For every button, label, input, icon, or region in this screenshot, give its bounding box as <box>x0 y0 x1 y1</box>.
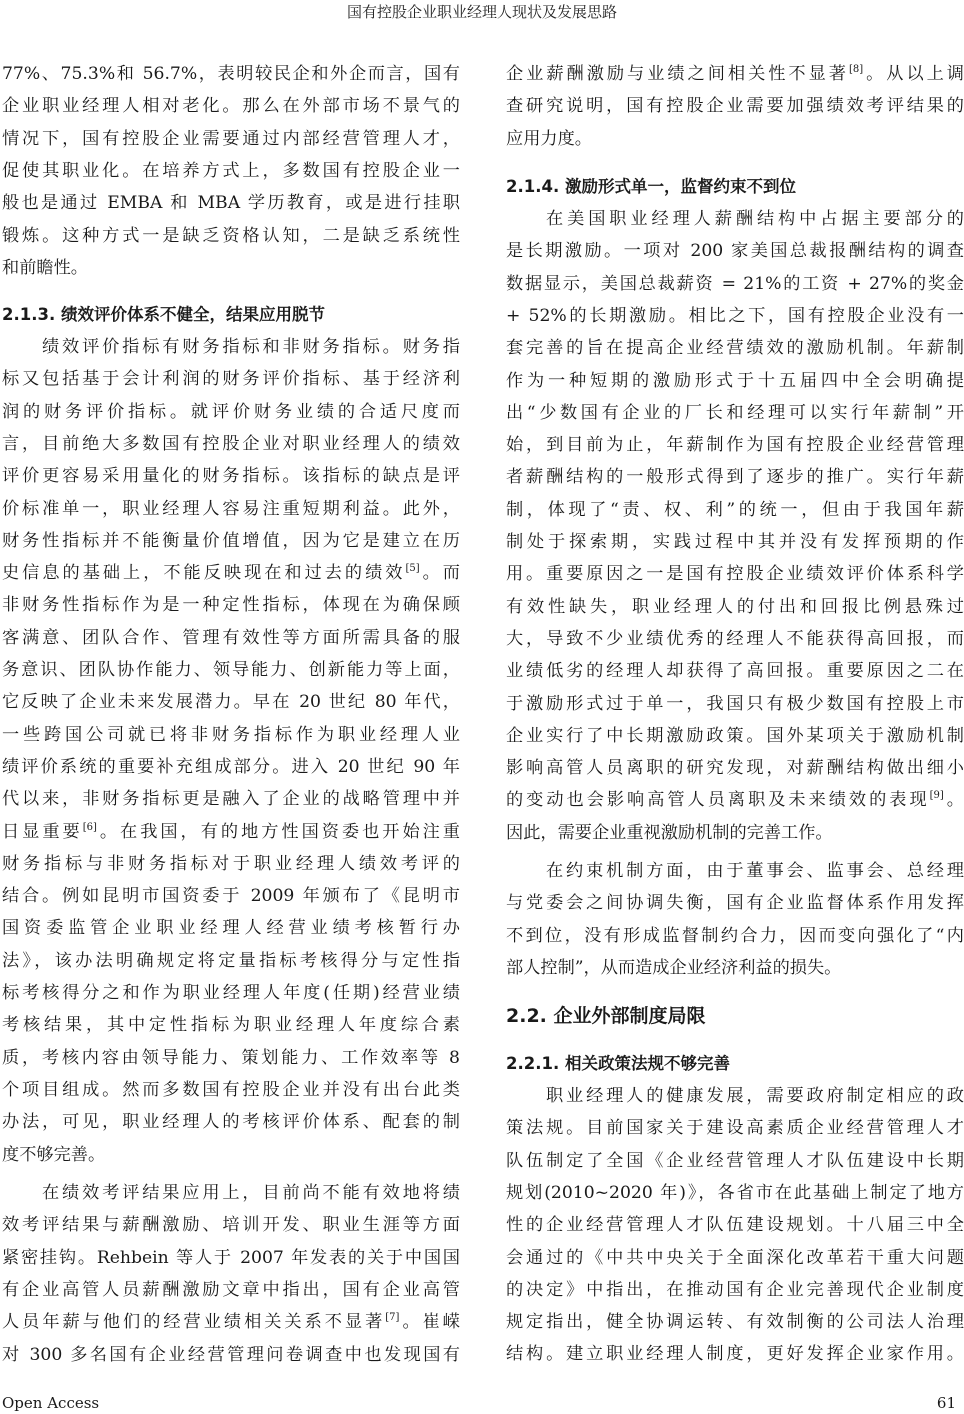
text-line-with-citation: 人员年薪与他们的经营业绩相关关系不显著[7]。崔嵘 <box>2 1306 460 1338</box>
text-line: 不到位，没有形成监督制约合力，因而变向强化了“内 <box>506 920 964 952</box>
text-line: 会通过的《中共中央关于全面深化改革若干重大问题 <box>506 1242 964 1274</box>
text-line-with-citation: 日显重要[6]。在我国，有的地方性国资委也开始注重 <box>2 816 460 848</box>
citation-ref-6[interactable]: [6] <box>83 822 97 833</box>
text-line: 用。重要原因之一是国有控股企业绩效评价体系科学 <box>506 558 964 590</box>
text-line: 制处于探索期，实践过程中其并没有发挥预期的作 <box>506 526 964 558</box>
citation-ref-5[interactable]: [5] <box>405 563 419 574</box>
text-line: 情况下，国有控股企业需要通过内部经营管理人才， <box>2 123 460 155</box>
text-line: 制，体现了“责、权、利”的统一，但由于我国年薪 <box>506 494 964 526</box>
text-line: 者薪酬结构的一般形式得到了逐步的推广。实行年薪 <box>506 461 964 493</box>
footer-journal: Open Access <box>2 1394 99 1412</box>
text-line: 绩评价系统的重要补充组成部分。进入 20 世纪 90 年 <box>2 751 460 783</box>
text-fragment: 人员年薪与他们的经营业绩相关关系不显著 <box>2 1312 385 1332</box>
text-fragment: 。 <box>944 790 964 810</box>
text-line: 效考评结果与薪酬激励、培训开发、职业生涯等方面 <box>2 1209 460 1241</box>
text-line-with-citation: 史信息的基础上，不能反映现在和过去的绩效[5]。而 <box>2 557 460 589</box>
text-line: 客满意、团队合作、管理有效性等方面所需具备的服 <box>2 622 460 654</box>
text-line: 企业实行了中长期激励政策。国外某项关于激励机制 <box>506 720 964 752</box>
citation-ref-7[interactable]: [7] <box>385 1312 399 1323</box>
text-line: 有效性缺失，职业经理人的付出和回报比例悬殊过 <box>506 591 964 623</box>
text-line: 大，导致不少业绩优秀的经理人不能获得高回报，而 <box>506 623 964 655</box>
text-line: 财务性指标并不能衡量价值增值，因为它是建立在历 <box>2 525 460 557</box>
text-line: 结构。建立职业经理人制度，更好发挥企业家作用。 <box>506 1338 964 1370</box>
text-line: 与党委会之间协调失衡，国有企业监督体系作用发挥 <box>506 887 964 919</box>
text-line: 部人控制”，从而造成企业经济利益的损失。 <box>506 952 964 984</box>
text-line: 企业职业经理人相对老化。那么在外部市场不景气的 <box>2 90 460 122</box>
text-line: 套完善的旨在提高企业经营绩效的激励机制。年薪制 <box>506 332 964 364</box>
text-line: 规划(2010~2020 年)》，各省市在此基础上制定了地方 <box>506 1177 964 1209</box>
text-line: 标又包括基于会计利润的财务评价指标、基于经济利 <box>2 363 460 395</box>
text-line: 应用力度。 <box>506 123 964 155</box>
text-line: 查研究说明，国有控股企业需要加强绩效考评结果的 <box>506 90 964 122</box>
text-line: 在美国职业经理人薪酬结构中占据主要部分的 <box>506 203 964 235</box>
text-line: 结合。例如昆明市国资委于 2009 年颁布了《昆明市 <box>2 880 460 912</box>
text-line: 数据显示，美国总裁薪资 = 21%的工资 + 27%的奖金 <box>506 268 964 300</box>
text-line: 质，考核内容由领导能力、策划能力、工作效率等 8 <box>2 1042 460 1074</box>
text-line: 和前瞻性。 <box>2 252 460 284</box>
text-line: 因此，需要企业重视激励机制的完善工作。 <box>506 817 964 849</box>
text-line: 标考核得分之和作为职业经理人年度(任期)经营业绩 <box>2 977 460 1009</box>
text-line: 言，目前绝大多数国有控股企业对职业经理人的绩效 <box>2 428 460 460</box>
text-line: 一些跨国公司就已将非财务指标作为职业经理人业 <box>2 719 460 751</box>
text-line: 始，到目前为止，年薪制作为国有控股企业经营管理 <box>506 429 964 461</box>
text-line: 度不够完善。 <box>2 1139 460 1171</box>
text-line: 它反映了企业未来发展潜力。早在 20 世纪 80 年代， <box>2 686 460 718</box>
text-line: 润的财务评价指标。就评价财务业绩的合适尺度而 <box>2 396 460 428</box>
text-fragment: 企业薪酬激励与业绩之间相关性不显著 <box>506 64 849 84</box>
text-line: 影响高管人员离职的研究发现，对薪酬结构做出细小 <box>506 752 964 784</box>
text-line: 业绩低劣的经理人却获得了高回报。重要原因之二在 <box>506 655 964 687</box>
section-heading-2-1-4: 2.1.4. 激励形式单一，监督约束不到位 <box>506 171 796 203</box>
text-line: 是长期激励。一项对 200 家美国总裁报酬结构的调查 <box>506 235 964 267</box>
text-fragment: 。在我国，有的地方性国资委也开始注重 <box>97 822 460 842</box>
text-line: 紧密挂钩。Rehbein 等人于 2007 年发表的关于中国国 <box>2 1242 460 1274</box>
citation-ref-9[interactable]: [9] <box>930 790 944 801</box>
text-line: 的决定》中指出，在推动国有企业完善现代企业制度 <box>506 1274 964 1306</box>
text-line-with-citation: 企业薪酬激励与业绩之间相关性不显著[8]。从以上调 <box>506 58 964 90</box>
text-line: 规定指出，健全协调运转、有效制衡的公司法人治理 <box>506 1306 964 1338</box>
text-line: 代以来，非财务指标更是融入了企业的战略管理中并 <box>2 783 460 815</box>
text-line: 非财务性指标作为是一种定性指标，体现在为确保顾 <box>2 589 460 621</box>
text-line: 对 300 多名国有企业经营管理问卷调查中也发现国有 <box>2 1339 460 1371</box>
text-fragment: 日显重要 <box>2 822 83 842</box>
page-number: 61 <box>937 1394 956 1412</box>
text-line: 评价更容易采用量化的财务指标。该指标的缺点是评 <box>2 460 460 492</box>
text-line: 锻炼。这种方式一是缺乏资格认知，二是缺乏系统性 <box>2 220 460 252</box>
text-line: 个项目组成。然而多数国有控股企业并没有出台此类 <box>2 1074 460 1106</box>
text-line: 在绩效考评结果应用上，目前尚不能有效地将绩 <box>2 1177 460 1209</box>
text-fragment: 。从以上调 <box>863 64 964 84</box>
text-line: 法》，该办法明确规定将定量指标考核得分与定性指 <box>2 945 460 977</box>
text-line: 策法规。目前国家关于建设高素质企业经营管理人才 <box>506 1112 964 1144</box>
text-line: 队伍制定了全国《企业经营管理人才队伍建设中长期 <box>506 1145 964 1177</box>
text-line: 国资委监管企业职业经理人经营业绩考核暂行办 <box>2 912 460 944</box>
text-line-with-citation: 的变动也会影响高管人员离职及未来绩效的表现[9]。 <box>506 784 964 816</box>
text-line: 作为一种短期的激励形式于十五届四中全会明确提 <box>506 365 964 397</box>
text-line: 促使其职业化。在培养方式上，多数国有控股企业一 <box>2 155 460 187</box>
text-fragment: 史信息的基础上，不能反映现在和过去的绩效 <box>2 563 405 583</box>
text-line: 考核结果，其中定性指标为职业经理人年度综合素 <box>2 1009 460 1041</box>
text-line: 职业经理人的健康发展，需要政府制定相应的政 <box>506 1080 964 1112</box>
text-line: 务意识、团队协作能力、领导能力、创新能力等上面， <box>2 654 460 686</box>
section-heading-2-2-1: 2.2.1. 相关政策法规不够完善 <box>506 1048 730 1080</box>
text-line: 财务指标与非财务指标对于职业经理人绩效考评的 <box>2 848 460 880</box>
section-heading-2-1-3: 2.1.3. 绩效评价体系不健全，结果应用脱节 <box>2 299 325 331</box>
text-line: 于激励形式过于单一，我国只有极少数国有控股上市 <box>506 688 964 720</box>
text-line: 价标准单一，职业经理人容易注重短期利益。此外， <box>2 493 460 525</box>
text-line: 77%、75.3%和 56.7%，表明较民企和外企而言，国有 <box>2 58 460 90</box>
text-line: 绩效评价指标有财务指标和非财务指标。财务指 <box>2 331 460 363</box>
text-fragment: 的变动也会影响高管人员离职及未来绩效的表现 <box>506 790 930 810</box>
text-line: + 52%的长期激励。相比之下，国有控股企业没有一 <box>506 300 964 332</box>
section-heading-2-2: 2.2. 企业外部制度局限 <box>506 999 706 1033</box>
text-line: 般也是通过 EMBA 和 MBA 学历教育，或是进行挂职 <box>2 187 460 219</box>
text-line: 办法，可见，职业经理人的考核评价体系、配套的制 <box>2 1106 460 1138</box>
text-line: 出“少数国有企业的厂长和经理可以实行年薪制”开 <box>506 397 964 429</box>
running-header: 国有控股企业职业经理人现状及发展思路 <box>0 2 964 22</box>
text-fragment: 。而 <box>420 563 460 583</box>
citation-ref-8[interactable]: [8] <box>849 64 863 75</box>
text-line: 性的企业经营管理人才队伍建设规划。十八届三中全 <box>506 1209 964 1241</box>
text-line: 在约束机制方面，由于董事会、监事会、总经理 <box>506 855 964 887</box>
text-line: 有企业高管人员薪酬激励文章中指出，国有企业高管 <box>2 1274 460 1306</box>
text-fragment: 。崔嵘 <box>399 1312 460 1332</box>
